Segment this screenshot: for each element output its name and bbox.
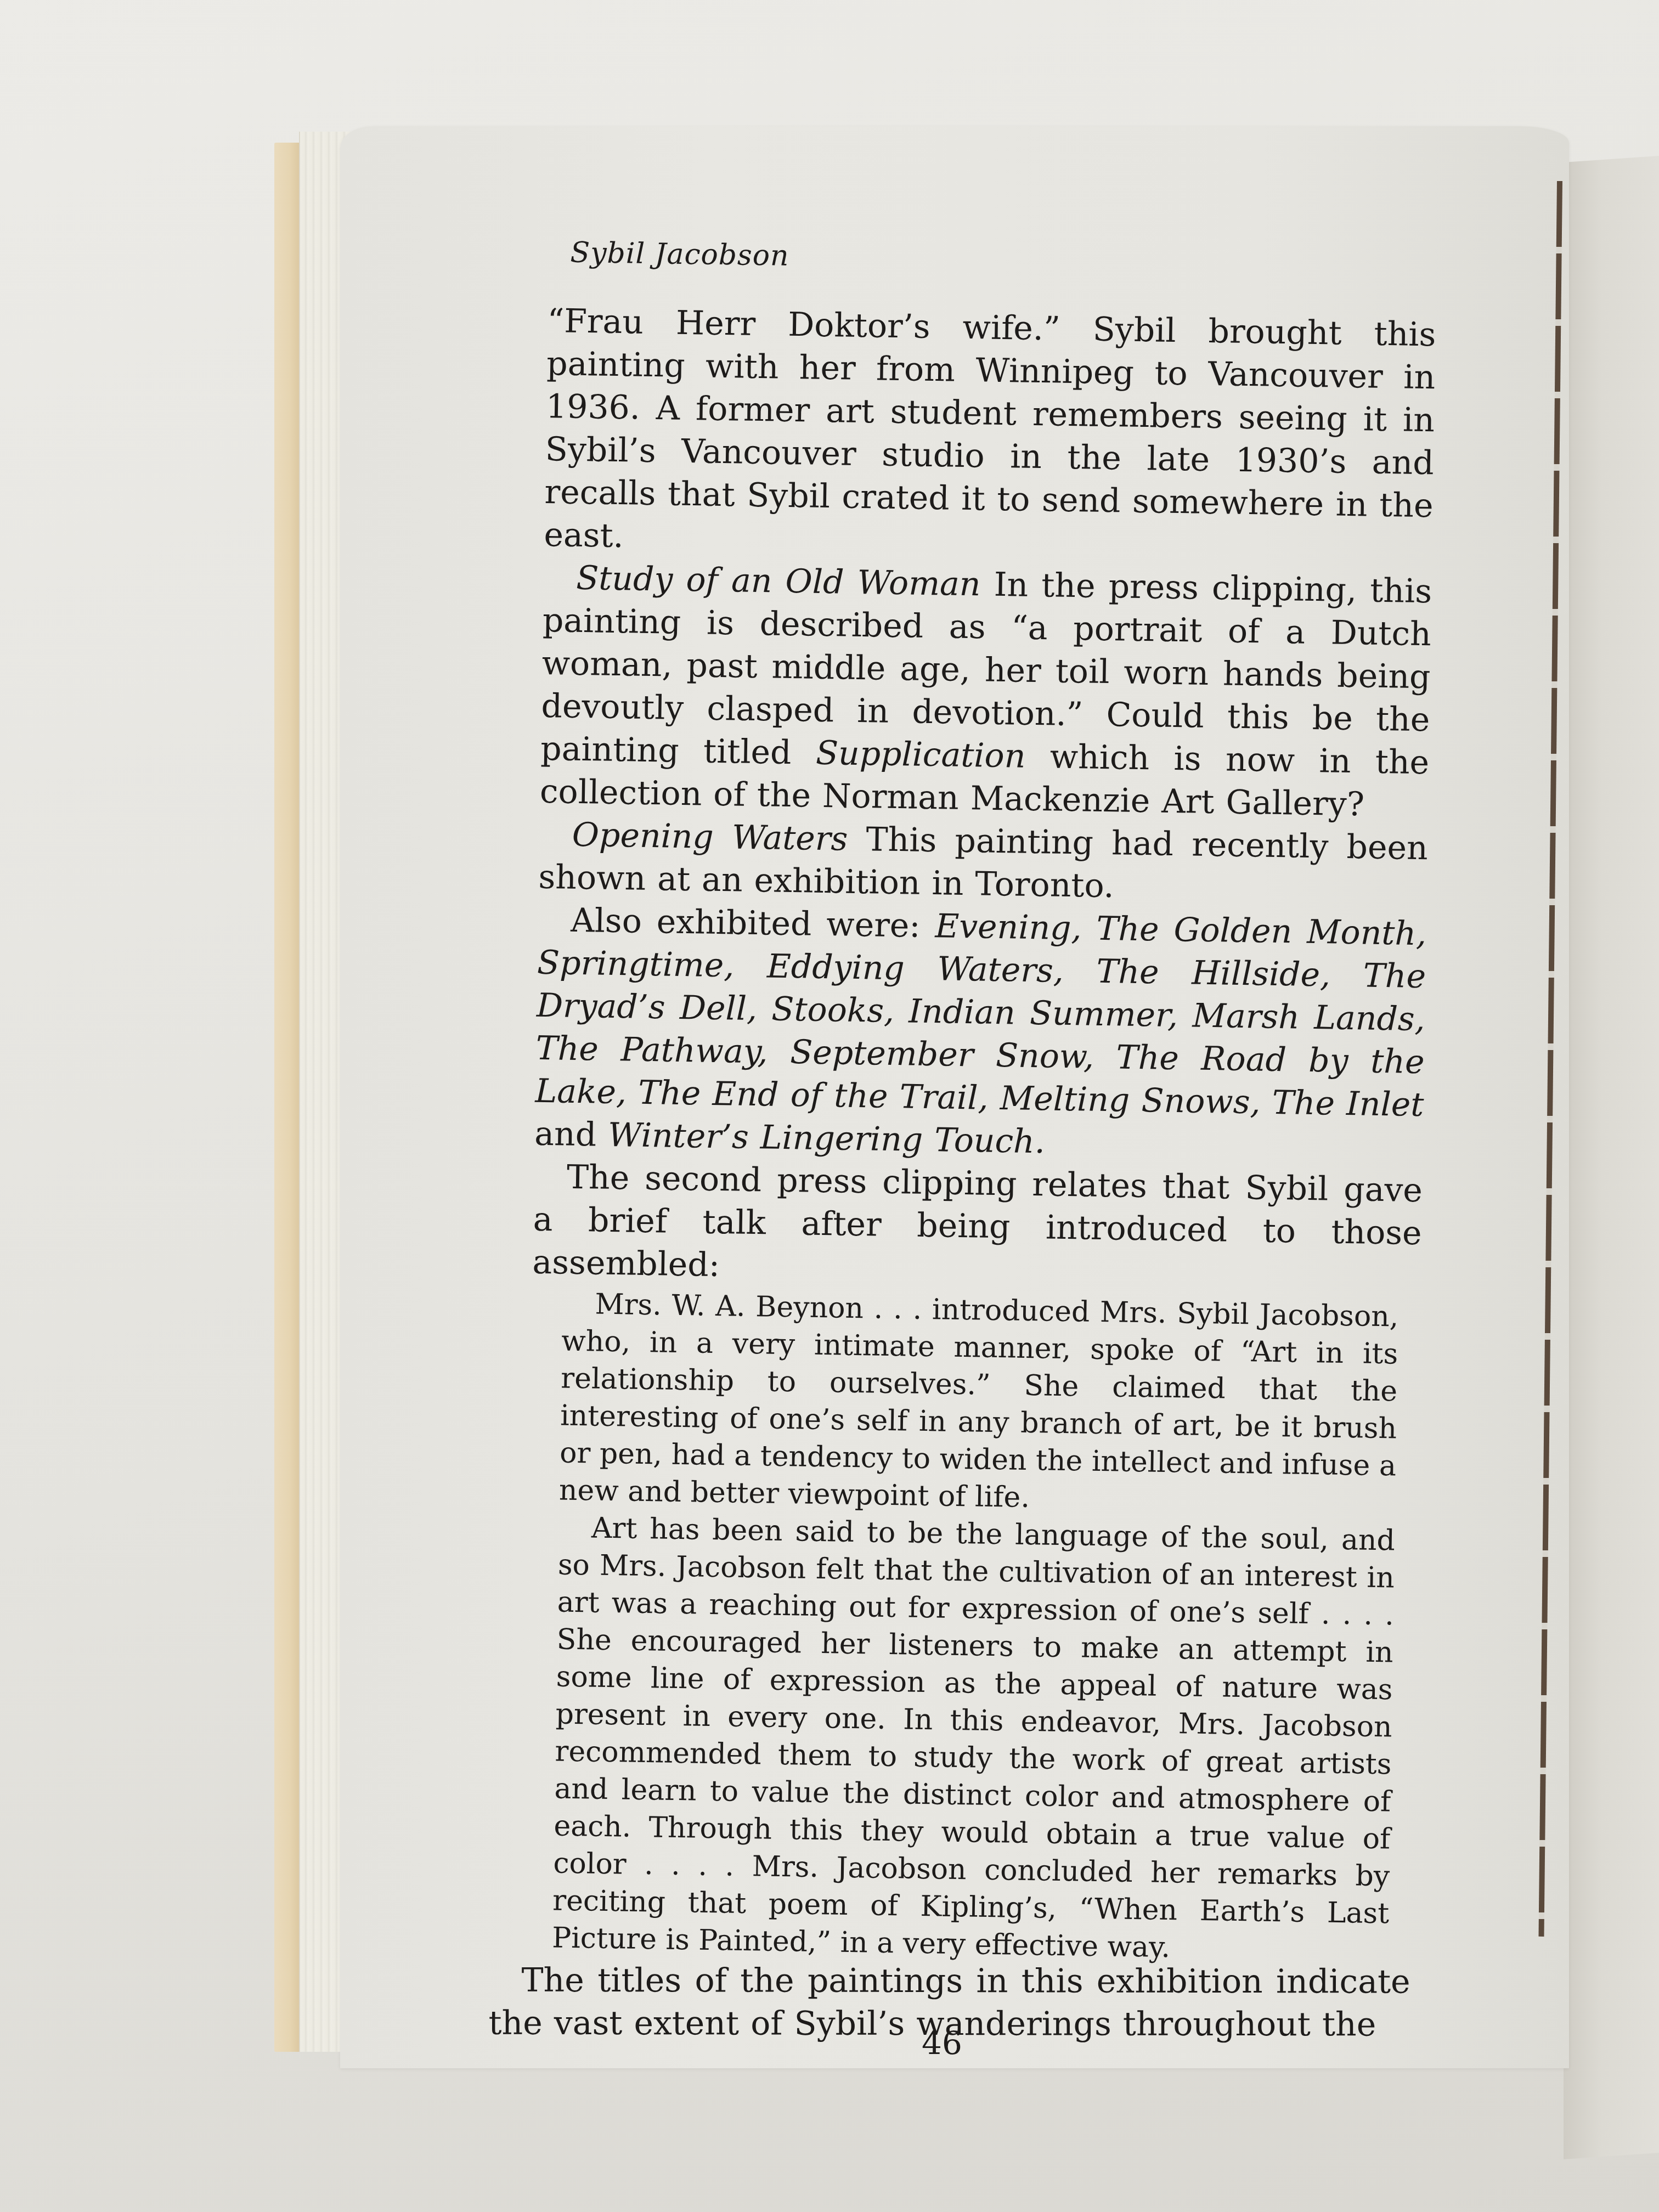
paragraph: Opening Waters This painting had recentl… (538, 813, 1428, 912)
text-run: “Frau Herr Doktor’s wife.” Sybil brought… (544, 302, 1436, 555)
paragraph: Study of an Old Woman In the press clipp… (539, 556, 1432, 827)
book-cover-edge (274, 143, 299, 2052)
paragraph: “Frau Herr Doktor’s wife.” Sybil brought… (544, 300, 1436, 570)
text-run: The second press clipping relates that S… (532, 1158, 1423, 1284)
italic-title: Winter’s Lingering Touch. (608, 1116, 1046, 1161)
text-run: and (534, 1115, 608, 1154)
page-text-block: Sybil Jacobson “Frau Herr Doktor’s wife.… (520, 236, 1437, 2059)
quote-paragraph: Mrs. W. A. Beynon . . . introduced Mrs. … (559, 1285, 1399, 1522)
text-run: Also exhibited were: (571, 901, 935, 945)
facing-page (1564, 156, 1659, 2159)
block-quote: Mrs. W. A. Beynon . . . introduced Mrs. … (552, 1285, 1399, 1970)
italic-title: Opening Waters (572, 816, 848, 859)
page-number: 46 (922, 2024, 962, 2062)
paragraph: The second press clipping relates that S… (532, 1155, 1423, 1297)
paragraph: Also exhibited were: Evening, The Golden… (534, 899, 1427, 1169)
quote-paragraph: Art has been said to be the language of … (552, 1509, 1396, 1970)
body-text: “Frau Herr Doktor’s wife.” Sybil brought… (532, 300, 1436, 1297)
italic-title: Study of an Old Woman (576, 559, 981, 604)
italic-title: Supplication (815, 734, 1025, 776)
